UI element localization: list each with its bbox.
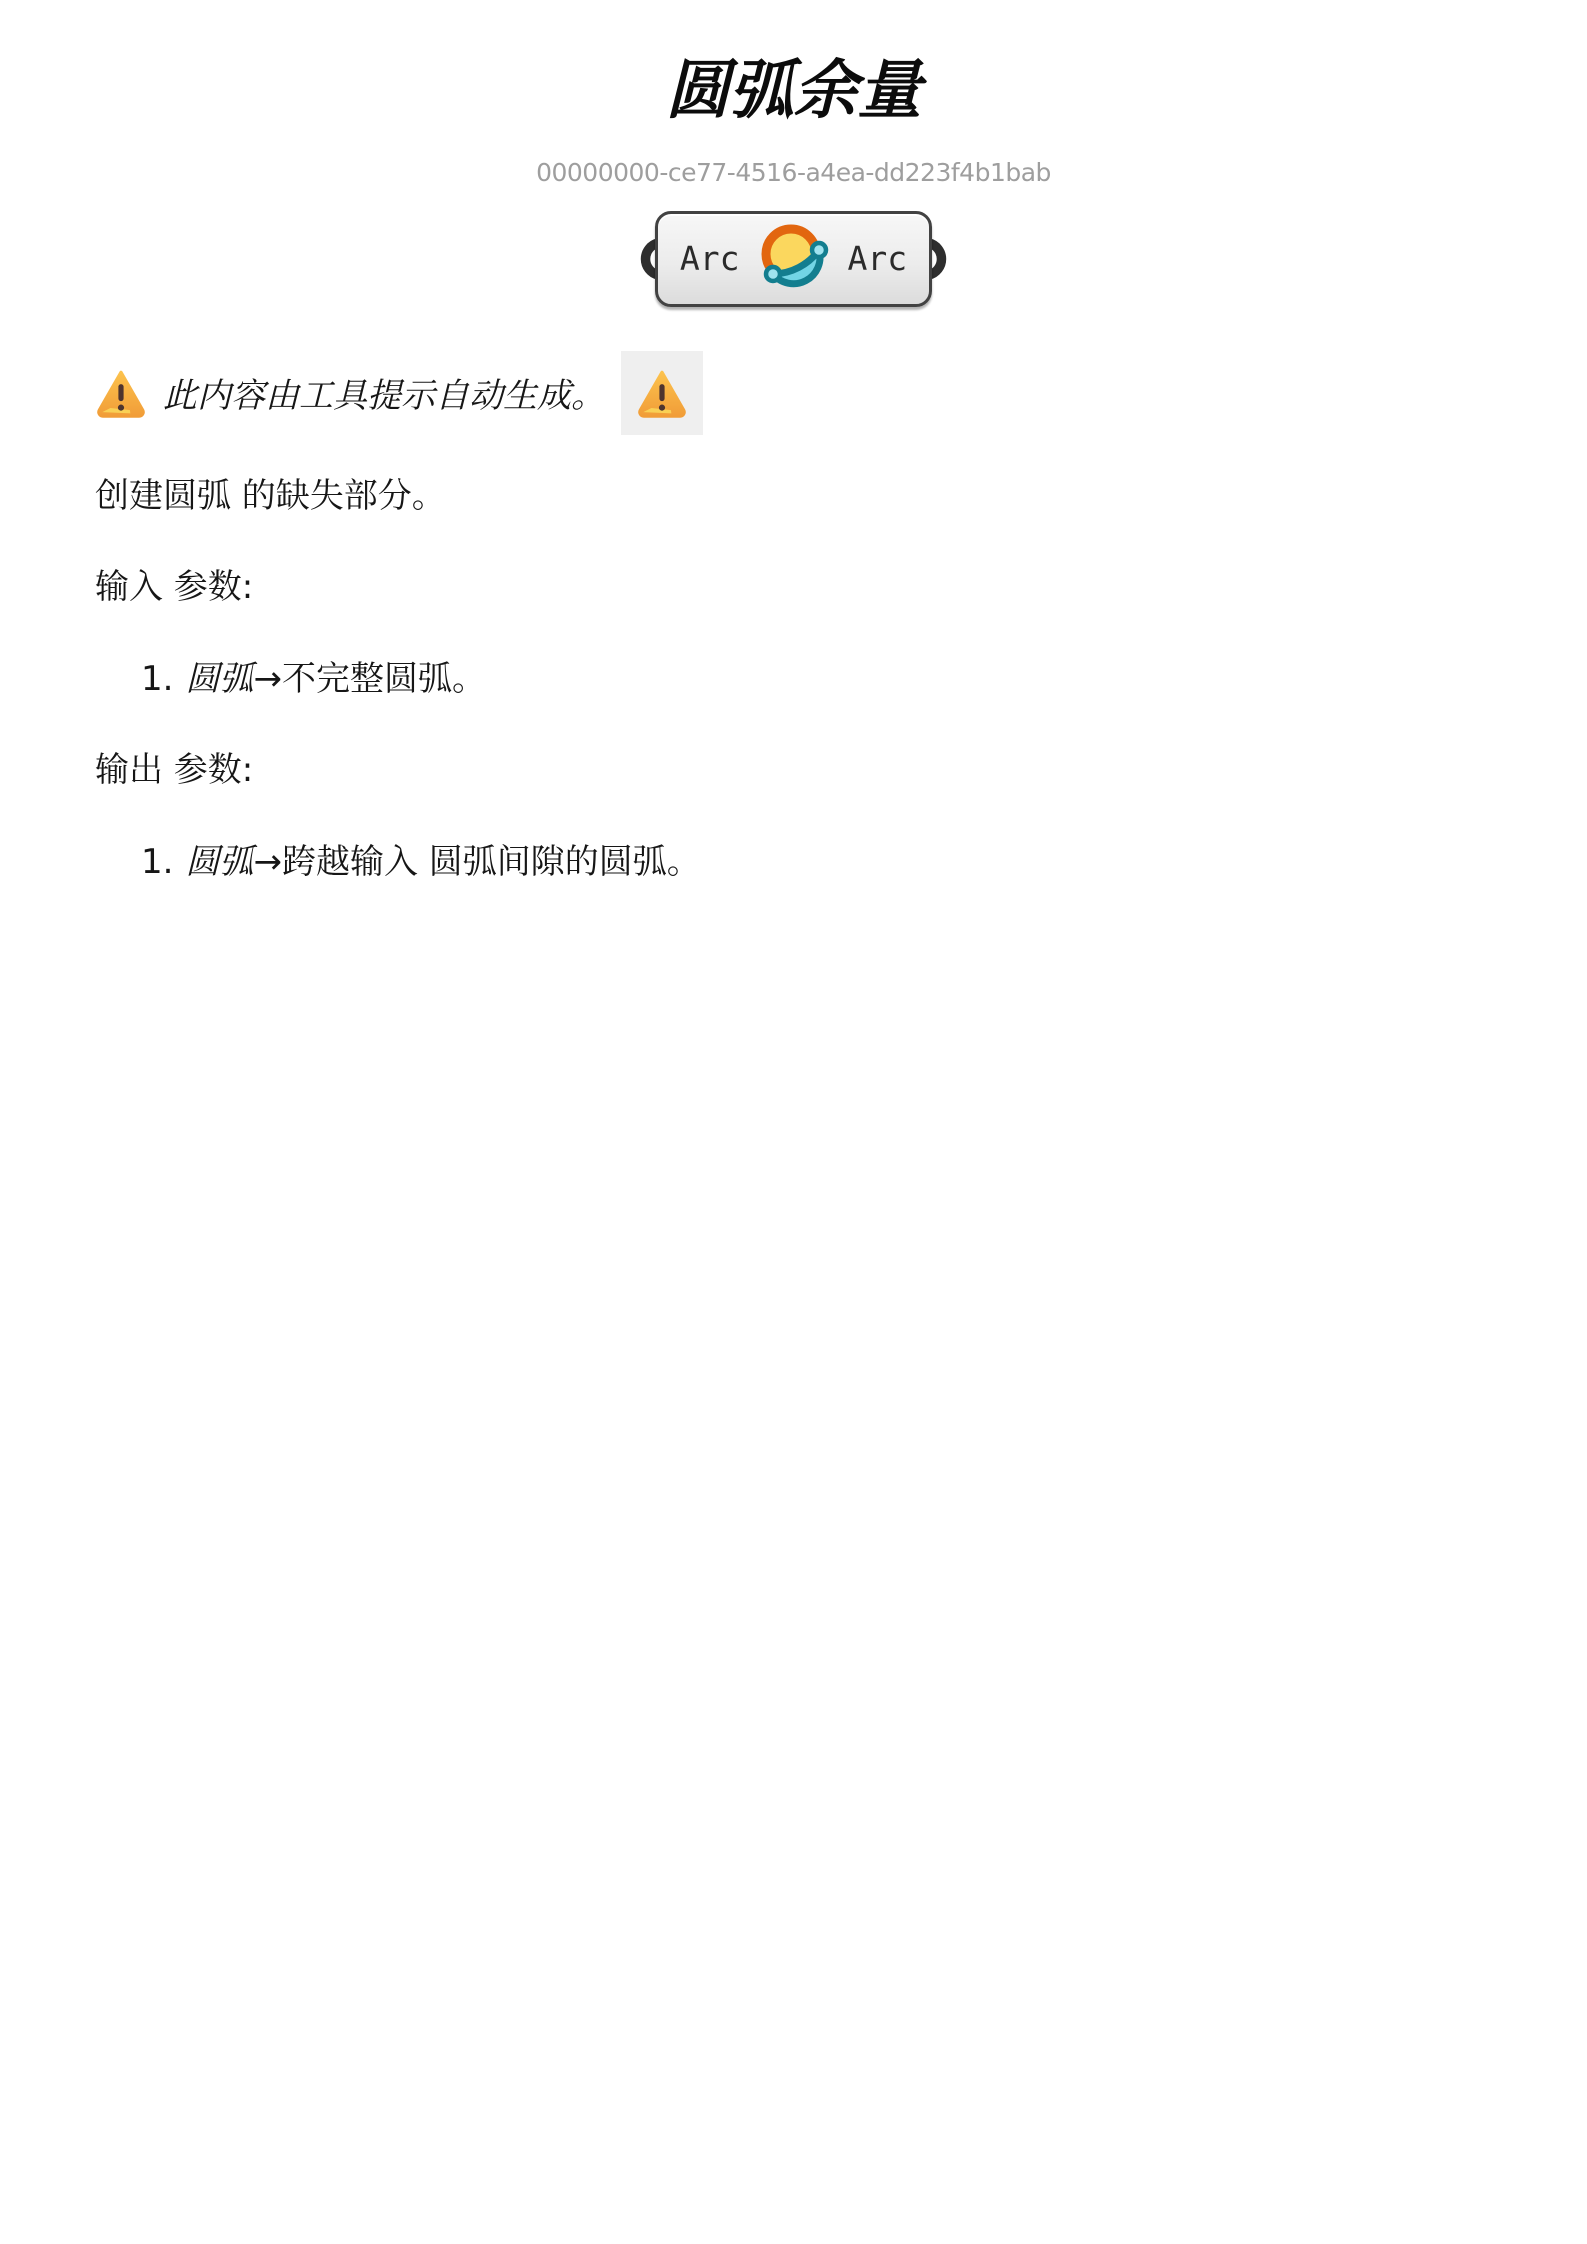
outputs-heading: 输出 参数: [95,747,1492,795]
warning-text: 此内容由工具提示自动生成。 [163,368,605,417]
page-title: 圆弧余量 [0,56,1587,128]
component-output-label: Arc [848,242,908,275]
description-text: 创建圆弧 的缺失部分。 [95,473,1492,521]
arrow-glyph: → [253,842,282,882]
component-guid: 00000000-ce77-4516-a4ea-dd223f4b1bab [0,158,1587,187]
param-description: 不完整圆弧。 [282,659,486,699]
grasshopper-component: Arc Arc [0,211,1587,307]
arc-icon [756,221,832,297]
list-index: 1. [141,659,173,699]
param-name: 圆弧 [185,659,253,699]
list-index: 1. [141,842,173,882]
param-description: 跨越输入 圆弧间隙的圆弧。 [282,842,701,882]
document-body: 此内容由工具提示自动生成。 [0,351,1587,887]
component-capsule: Arc Arc [655,211,932,307]
inputs-list: 1.圆弧→不完整圆弧。 [95,656,1492,704]
outputs-list: 1.圆弧→跨越输入 圆弧间隙的圆弧。 [95,839,1492,887]
warning-icon-boxed [621,351,703,435]
warning-icon [95,367,147,419]
warning-icon [636,367,688,419]
arrow-glyph: → [253,659,282,699]
inputs-heading: 输入 参数: [95,564,1492,612]
output-param-item: 1.圆弧→跨越输入 圆弧间隙的圆弧。 [141,839,1492,887]
param-name: 圆弧 [185,842,253,882]
warning-line: 此内容由工具提示自动生成。 [95,351,1492,435]
document-page: 圆弧余量 00000000-ce77-4516-a4ea-dd223f4b1ba… [0,0,1587,887]
input-param-item: 1.圆弧→不完整圆弧。 [141,656,1492,704]
component-input-label: Arc [680,242,740,275]
